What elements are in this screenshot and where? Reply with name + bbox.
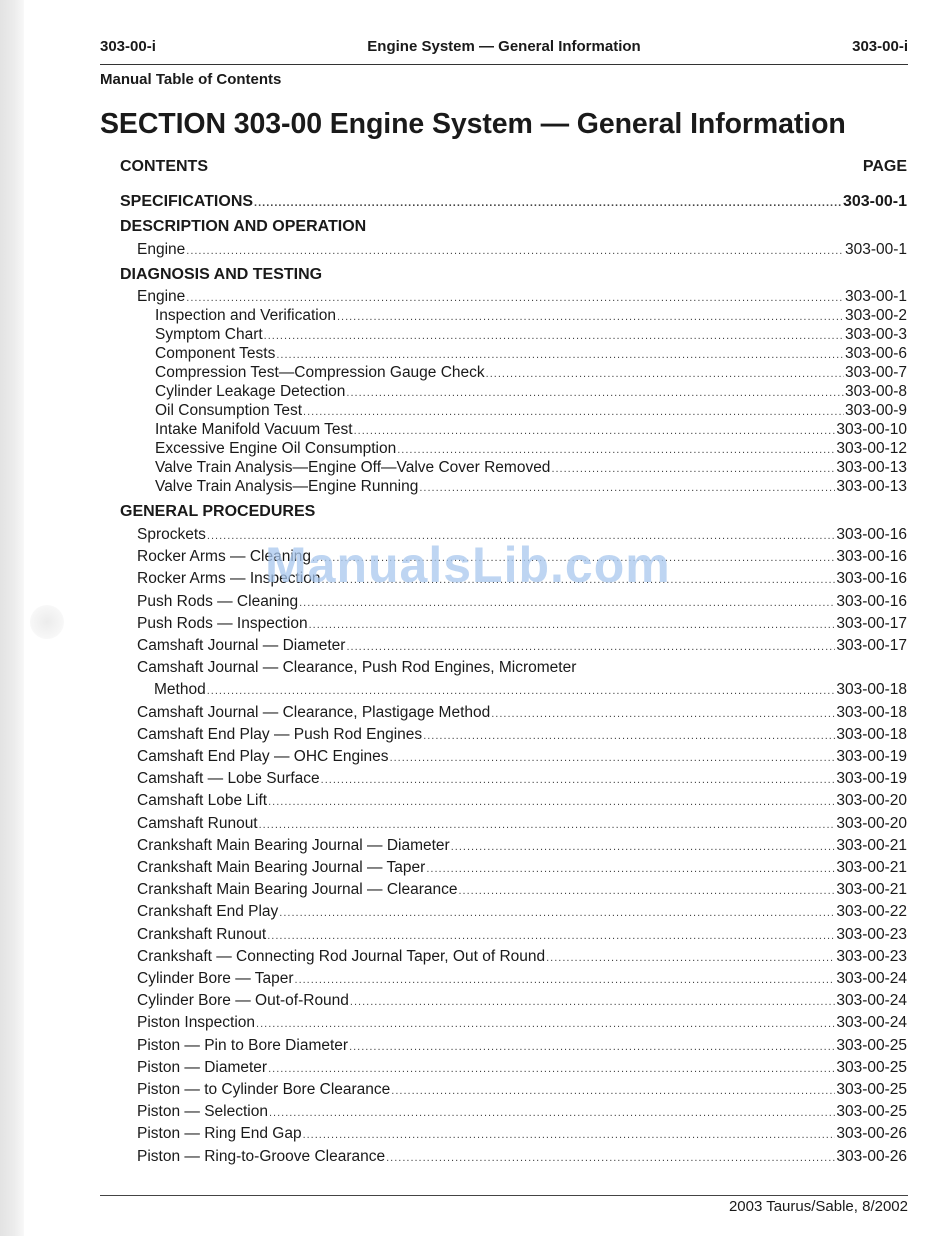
dot-leader <box>337 311 844 323</box>
dot-leader <box>321 574 835 586</box>
dot-leader <box>426 863 835 875</box>
toc-entry-page: 303-00-1 <box>843 193 907 211</box>
toc-entry[interactable]: Camshaft Runout303-00-20 <box>137 815 907 835</box>
toc-entry-page: 303-00-21 <box>836 859 907 877</box>
toc-entry-page: 303-00-24 <box>836 1014 907 1032</box>
toc-entry-page: 303-00-1 <box>845 288 907 306</box>
toc-entry-page: 303-00-23 <box>836 948 907 966</box>
toc-entry-page: 303-00-18 <box>836 681 907 699</box>
dot-leader <box>254 197 842 209</box>
dot-leader <box>321 774 836 786</box>
toc-entry[interactable]: Camshaft Journal — Diameter303-00-17 <box>137 637 907 657</box>
dot-leader <box>268 796 835 808</box>
toc-entry-label: Rocker Arms — Inspection <box>137 570 320 588</box>
toc-entry[interactable]: Component Tests303-00-6 <box>155 345 907 365</box>
toc-entry[interactable]: Crankshaft End Play303-00-22 <box>137 903 907 923</box>
toc-entry[interactable]: Rocker Arms — Inspection303-00-16 <box>137 570 907 590</box>
toc-entry-page: 303-00-16 <box>836 593 907 611</box>
toc-entry-label: Piston — Pin to Bore Diameter <box>137 1037 348 1055</box>
toc-entry-label: Symptom Chart <box>155 326 263 344</box>
toc-entry-label: Crankshaft Runout <box>137 926 266 944</box>
toc-entry-label: Compression Test—Compression Gauge Check <box>155 364 485 382</box>
toc-entry[interactable]: Oil Consumption Test303-00-9 <box>155 402 907 422</box>
toc-entry-label: Camshaft Runout <box>137 815 258 833</box>
toc-entry[interactable]: Push Rods — Inspection303-00-17 <box>137 615 907 635</box>
footer-divider <box>100 1195 908 1196</box>
toc-entry-page: 303-00-12 <box>836 440 907 458</box>
page-label: PAGE <box>863 158 907 176</box>
toc-entry-page: 303-00-26 <box>836 1125 907 1143</box>
toc-entry-page: 303-00-18 <box>836 726 907 744</box>
toc-entry-label: Intake Manifold Vacuum Test <box>155 421 353 439</box>
toc-entry-page: 303-00-2 <box>845 307 907 325</box>
dot-leader <box>295 974 836 986</box>
toc-entry[interactable]: Inspection and Verification303-00-2 <box>155 307 907 327</box>
toc-entry-label: Excessive Engine Oil Consumption <box>155 440 396 458</box>
toc-entry-label: Engine <box>137 241 185 259</box>
toc-entry-page: 303-00-19 <box>836 770 907 788</box>
toc-entry-label: Piston — Ring-to-Groove Clearance <box>137 1148 385 1166</box>
toc-heading[interactable]: SPECIFICATIONS303-00-1 <box>120 193 907 213</box>
toc-entry-page: 303-00-23 <box>836 926 907 944</box>
dot-leader <box>186 245 844 257</box>
toc-entry-page: 303-00-18 <box>836 704 907 722</box>
dot-leader <box>491 708 835 720</box>
dot-leader <box>186 292 844 304</box>
dot-leader <box>269 1107 835 1119</box>
toc-entry[interactable]: Piston — to Cylinder Bore Clearance303-0… <box>137 1081 907 1101</box>
toc-entry[interactable]: Camshaft Journal — Clearance, Plastigage… <box>137 704 907 724</box>
toc-entry-label: Engine <box>137 288 185 306</box>
toc-entry-label: Rocker Arms — Cleaning <box>137 548 311 566</box>
toc-entry-page: 303-00-17 <box>836 615 907 633</box>
toc-entry-label: Camshaft — Lobe Surface <box>137 770 320 788</box>
dot-leader <box>419 482 835 494</box>
toc-entry[interactable]: Rocker Arms — Cleaning303-00-16 <box>137 548 907 568</box>
toc-entry-page: 303-00-13 <box>836 459 907 477</box>
toc-entry-label: Camshaft End Play — OHC Engines <box>137 748 389 766</box>
scan-spot-artifact <box>30 605 64 639</box>
toc-entry-label: Piston — to Cylinder Bore Clearance <box>137 1081 390 1099</box>
toc-entry-label: Sprockets <box>137 526 206 544</box>
toc-entry-label: GENERAL PROCEDURES <box>120 503 315 521</box>
toc-entry-page: 303-00-25 <box>836 1103 907 1121</box>
toc-entry[interactable]: Compression Test—Compression Gauge Check… <box>155 364 907 384</box>
dot-leader <box>346 387 844 399</box>
toc-entry-page: 303-00-6 <box>845 345 907 363</box>
toc-entry[interactable]: Crankshaft Main Bearing Journal — Taper3… <box>137 859 907 879</box>
toc-entry-label: Component Tests <box>155 345 275 363</box>
toc-entry-label: Piston — Ring End Gap <box>137 1125 302 1143</box>
footer-edition: 2003 Taurus/Sable, 8/2002 <box>729 1198 908 1215</box>
toc-heading: DESCRIPTION AND OPERATION <box>120 218 907 238</box>
toc-entry-label: Piston Inspection <box>137 1014 255 1032</box>
toc-entry-page: 303-00-22 <box>836 903 907 921</box>
toc-entry[interactable]: Valve Train Analysis—Engine Off—Valve Co… <box>155 459 907 479</box>
toc-entry[interactable]: Symptom Chart303-00-3 <box>155 326 907 346</box>
toc-entry-page: 303-00-26 <box>836 1148 907 1166</box>
toc-entry-page: 303-00-8 <box>845 383 907 401</box>
dot-leader <box>354 425 836 437</box>
toc-entry[interactable]: Camshaft — Lobe Surface303-00-19 <box>137 770 907 790</box>
dot-leader <box>299 597 835 609</box>
dot-leader <box>423 730 835 742</box>
toc-entry-label: Valve Train Analysis—Engine Off—Valve Co… <box>155 459 550 477</box>
toc-heading: GENERAL PROCEDURES <box>120 503 907 523</box>
toc-heading: DIAGNOSIS AND TESTING <box>120 266 907 286</box>
toc-entry[interactable]: Camshaft End Play — OHC Engines303-00-19 <box>137 748 907 768</box>
toc-entry-page: 303-00-21 <box>836 881 907 899</box>
dot-leader <box>546 952 835 964</box>
toc-entry-page: 303-00-25 <box>836 1037 907 1055</box>
running-head: 303-00-i Engine System — General Informa… <box>100 38 908 58</box>
dot-leader <box>303 406 844 418</box>
toc-entry[interactable]: Piston Inspection303-00-24 <box>137 1014 907 1034</box>
contents-label: CONTENTS <box>120 158 208 175</box>
toc-entry-label: DIAGNOSIS AND TESTING <box>120 266 322 284</box>
toc-entry-label: Push Rods — Inspection <box>137 615 308 633</box>
toc-entry-label: Camshaft Journal — Diameter <box>137 637 345 655</box>
toc-entry-page: 303-00-7 <box>845 364 907 382</box>
toc-entry[interactable]: Excessive Engine Oil Consumption303-00-1… <box>155 440 907 460</box>
dot-leader <box>276 349 844 361</box>
toc-entry[interactable]: Piston — Diameter303-00-25 <box>137 1059 907 1079</box>
toc-entry-label: Camshaft Journal — Clearance, Plastigage… <box>137 704 490 722</box>
toc-entry-label: Crankshaft — Connecting Rod Journal Tape… <box>137 948 545 966</box>
toc-entry-page: 303-00-25 <box>836 1081 907 1099</box>
toc-entry[interactable]: Engine303-00-1 <box>137 241 907 261</box>
toc-entry[interactable]: Cylinder Bore — Out-of-Round303-00-24 <box>137 992 907 1012</box>
toc-entry-label: Crankshaft Main Bearing Journal — Cleara… <box>137 881 458 899</box>
dot-leader <box>459 885 836 897</box>
toc-entry-page: 303-00-16 <box>836 570 907 588</box>
running-head-page-right: 303-00-i <box>852 38 908 55</box>
dot-leader <box>303 1129 836 1141</box>
toc-entry-label: Crankshaft End Play <box>137 903 278 921</box>
toc-entry[interactable]: Crankshaft Runout303-00-23 <box>137 926 907 946</box>
toc-entry-label: Inspection and Verification <box>155 307 336 325</box>
dot-leader <box>268 1063 835 1075</box>
toc-entry-label: Piston — Selection <box>137 1103 268 1121</box>
toc-entry-page: 303-00-16 <box>836 548 907 566</box>
toc-entry-label: Valve Train Analysis—Engine Running <box>155 478 418 496</box>
toc-entry[interactable]: Intake Manifold Vacuum Test303-00-10 <box>155 421 907 441</box>
toc-entry-page: 303-00-13 <box>836 478 907 496</box>
toc-entry-page: 303-00-9 <box>845 402 907 420</box>
toc-entry-label: Piston — Diameter <box>137 1059 267 1077</box>
dot-leader <box>551 463 835 475</box>
toc-entry[interactable]: Piston — Pin to Bore Diameter303-00-25 <box>137 1037 907 1057</box>
toc-entry-page: 303-00-17 <box>836 637 907 655</box>
toc-entry-page: 303-00-10 <box>836 421 907 439</box>
toc-entry[interactable]: Piston — Ring End Gap303-00-26 <box>137 1125 907 1145</box>
toc-entry[interactable]: Piston — Ring-to-Groove Clearance303-00-… <box>137 1148 907 1168</box>
toc-entry-page: 303-00-24 <box>836 992 907 1010</box>
dot-leader <box>267 930 835 942</box>
dot-leader <box>397 444 835 456</box>
toc-entry-label: Cylinder Bore — Taper <box>137 970 294 988</box>
toc-entry-label: Camshaft End Play — Push Rod Engines <box>137 726 422 744</box>
toc-entry[interactable]: Piston — Selection303-00-25 <box>137 1103 907 1123</box>
toc-entry-page: 303-00-25 <box>836 1059 907 1077</box>
contents-header: CONTENTS PAGE <box>120 158 907 176</box>
section-title: SECTION 303-00 Engine System — General I… <box>100 108 846 141</box>
toc-entry-page: 303-00-20 <box>836 815 907 833</box>
toc-entry-label: Camshaft Lobe Lift <box>137 792 267 810</box>
toc-entry[interactable]: Crankshaft — Connecting Rod Journal Tape… <box>137 948 907 968</box>
toc-entry-page: 303-00-16 <box>836 526 907 544</box>
toc-entry-label: Camshaft Journal — Clearance, Push Rod E… <box>137 659 576 677</box>
toc-entry: Camshaft Journal — Clearance, Push Rod E… <box>137 659 907 679</box>
toc-entry[interactable]: Crankshaft Main Bearing Journal — Diamet… <box>137 837 907 857</box>
toc-entry[interactable]: Cylinder Bore — Taper303-00-24 <box>137 970 907 990</box>
subheader: Manual Table of Contents <box>100 71 281 88</box>
header-divider <box>100 64 908 65</box>
toc-entry-label: Cylinder Leakage Detection <box>155 383 345 401</box>
toc-entry-label: Cylinder Bore — Out-of-Round <box>137 992 349 1010</box>
dot-leader <box>207 530 835 542</box>
toc-entry[interactable]: Camshaft Lobe Lift303-00-20 <box>137 792 907 812</box>
dot-leader <box>264 330 844 342</box>
dot-leader <box>391 1085 835 1097</box>
toc-entry-page: 303-00-1 <box>845 241 907 259</box>
toc-entry-label: Oil Consumption Test <box>155 402 302 420</box>
dot-leader <box>279 907 835 919</box>
toc-entry-page: 303-00-20 <box>836 792 907 810</box>
dot-leader <box>312 552 835 564</box>
toc-entry-label: Push Rods — Cleaning <box>137 593 298 611</box>
scan-edge-artifact <box>0 0 24 1236</box>
toc-entry[interactable]: Push Rods — Cleaning303-00-16 <box>137 593 907 613</box>
toc-entry[interactable]: Camshaft End Play — Push Rod Engines303-… <box>137 726 907 746</box>
toc-entry-label: SPECIFICATIONS <box>120 193 253 211</box>
toc-entry[interactable]: Sprockets303-00-16 <box>137 526 907 546</box>
toc-entry[interactable]: Cylinder Leakage Detection303-00-8 <box>155 383 907 403</box>
toc-entry[interactable]: Valve Train Analysis—Engine Running303-0… <box>155 478 907 498</box>
dot-leader <box>386 1152 835 1164</box>
dot-leader <box>451 841 836 853</box>
dot-leader <box>309 619 836 631</box>
toc-entry-label: Method <box>154 681 206 699</box>
toc-entry-page: 303-00-3 <box>845 326 907 344</box>
toc-entry-page: 303-00-19 <box>836 748 907 766</box>
dot-leader <box>390 752 836 764</box>
dot-leader <box>350 996 835 1008</box>
dot-leader <box>486 368 844 380</box>
toc-entry-page: 303-00-24 <box>836 970 907 988</box>
toc-entry[interactable]: Crankshaft Main Bearing Journal — Cleara… <box>137 881 907 901</box>
dot-leader <box>346 641 835 653</box>
dot-leader <box>207 685 836 697</box>
toc-entry[interactable]: Method303-00-18 <box>154 681 907 701</box>
toc-entry-label: DESCRIPTION AND OPERATION <box>120 218 366 236</box>
toc-entry-page: 303-00-21 <box>836 837 907 855</box>
toc-entry-label: Crankshaft Main Bearing Journal — Diamet… <box>137 837 450 855</box>
dot-leader <box>259 819 836 831</box>
running-head-title: Engine System — General Information <box>100 38 908 55</box>
toc-entry[interactable]: Engine303-00-1 <box>137 288 907 308</box>
dot-leader <box>349 1041 835 1053</box>
toc-entry-label: Crankshaft Main Bearing Journal — Taper <box>137 859 425 877</box>
dot-leader <box>256 1018 835 1030</box>
